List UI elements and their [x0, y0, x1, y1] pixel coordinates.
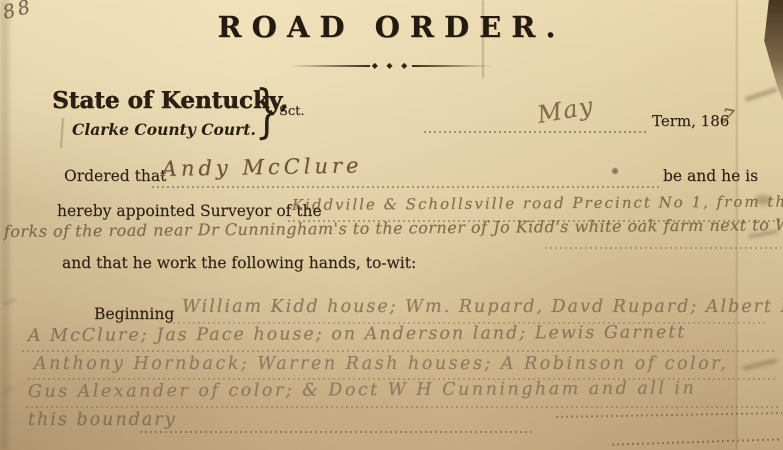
- state-of-kentucky-label: State of Kentucky,: [52, 87, 288, 114]
- hands-line-handwritten: William Kidd house; Wm. Rupard, Davd Rup…: [182, 297, 783, 317]
- hands-rule-4: [26, 406, 778, 408]
- divider-ornament: ◆ ◆ ◆: [290, 62, 492, 70]
- diamond-ornament-icon: ◆ ◆ ◆: [370, 62, 413, 70]
- divider-rule-left: [290, 65, 370, 67]
- term-year-label: Term, 186: [652, 112, 729, 130]
- paper-scratch: [60, 118, 64, 148]
- surveyor-label: hereby appointed Surveyor of the: [57, 202, 322, 220]
- road-order-document-scan: 88 ROAD ORDER. ◆ ◆ ◆ State of Kentucky, …: [0, 0, 783, 450]
- hands-rule-2: [22, 350, 776, 352]
- term-year-digit-handwritten: 7: [719, 103, 737, 129]
- document-title: ROAD ORDER.: [0, 10, 783, 44]
- appointee-name-handwritten: Andy McClure: [162, 154, 363, 181]
- hands-line-handwritten: Anthony Hornback; Warren Rash houses; A …: [34, 354, 728, 374]
- route-blank-rule: [545, 247, 781, 249]
- brace-glyph: }: [255, 80, 279, 143]
- hands-line-handwritten: this boundary: [28, 410, 177, 430]
- road-name-handwritten: Kiddville & Schollsville road Precinct N…: [292, 192, 783, 214]
- hands-rule-5: [140, 431, 534, 433]
- be-and-he-is-label: be and he is: [663, 167, 758, 185]
- hands-to-wit-label: and that he work the following hands, to…: [62, 254, 416, 272]
- beginning-label: Beginning: [94, 305, 174, 323]
- appointee-blank-rule: [152, 186, 660, 188]
- term-blank-rule: [424, 131, 648, 133]
- sct-label: Sct.: [279, 104, 305, 119]
- ink-speck: [612, 168, 618, 174]
- hands-line-handwritten: Gus Alexander of color; & Doct W H Cunni…: [28, 379, 697, 402]
- ordered-that-label: Ordered that: [64, 167, 166, 185]
- county-court-label: Clarke County Court.: [72, 120, 256, 139]
- divider-rule-right: [412, 65, 492, 67]
- term-month-handwritten: May: [535, 92, 596, 129]
- hands-line-handwritten: A McClure; Jas Pace house; on Anderson l…: [28, 323, 687, 346]
